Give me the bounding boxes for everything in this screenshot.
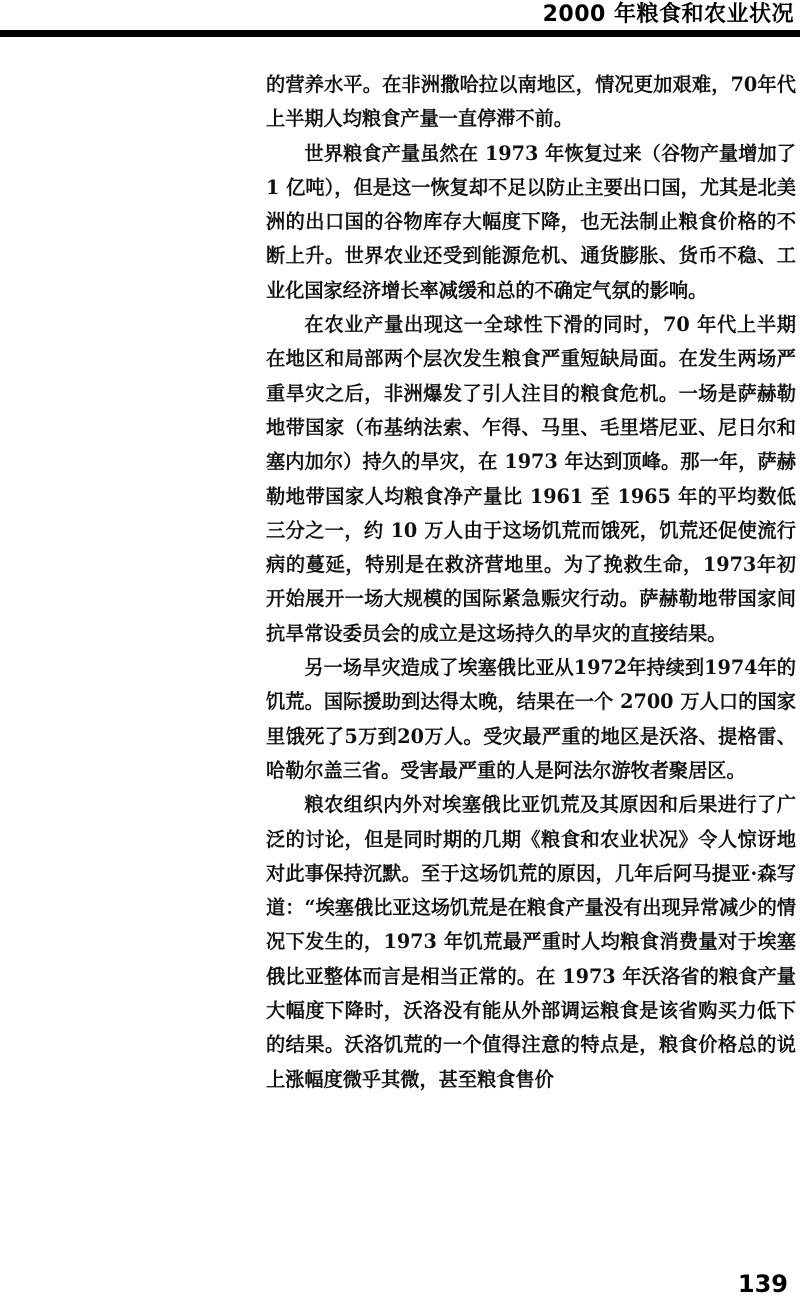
body-text: 的营养水平。在非洲撒哈拉以南地区，情况更加艰难，70年代上半期人均粮食产量一直停… [266,68,796,1097]
paragraph: 粮农组织内外对埃塞俄比亚饥荒及其原因和后果进行了广泛的讨论，但是同时期的几期《粮… [266,788,796,1097]
paragraph: 另一场旱灾造成了埃塞俄比亚从1972年持续到1974年的饥荒。国际援助到达得太晚… [266,651,796,788]
header-rule [0,30,800,37]
running-header-title: 2000 年粮食和农业状况 [543,0,794,30]
paragraph: 在农业产量出现这一全球性下滑的同时，70 年代上半期在地区和局部两个层次发生粮食… [266,308,796,651]
paragraph: 世界粮食产量虽然在 1973 年恢复过来（谷物产量增加了 1 亿吨），但是这一恢… [266,137,796,308]
paragraph: 的营养水平。在非洲撒哈拉以南地区，情况更加艰难，70年代上半期人均粮食产量一直停… [266,68,796,137]
page-number: 139 [738,1270,788,1298]
